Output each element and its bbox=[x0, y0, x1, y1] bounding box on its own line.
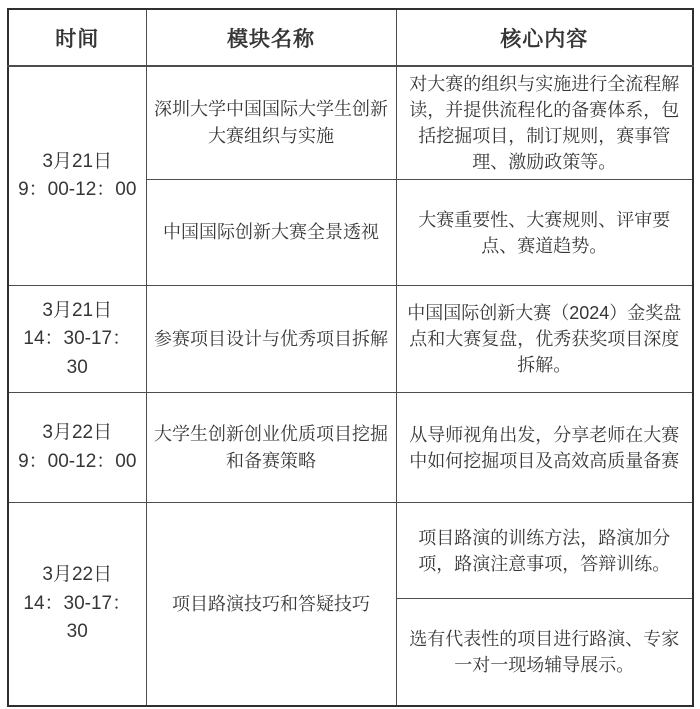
header-cell-content: 核心内容 bbox=[396, 9, 693, 66]
schedule-table: 时间 模块名称 核心内容 3月21日 9：00-12：00 深圳大学中国国际大学… bbox=[7, 8, 694, 707]
time-cell-group1: 3月21日 9：00-12：00 bbox=[8, 66, 146, 286]
table-row: 3月21日 14：30-17：30 参赛项目设计与优秀项目拆解 中国国际创新大赛… bbox=[8, 286, 693, 393]
time-range: 14：30-17：30 bbox=[15, 590, 140, 647]
module-cell: 参赛项目设计与优秀项目拆解 bbox=[146, 286, 396, 393]
content-cell: 中国国际创新大赛（2024）金奖盘点和大赛复盘，优秀获奖项目深度拆解。 bbox=[396, 286, 693, 393]
time-range: 9：00-12：00 bbox=[15, 176, 140, 205]
header-row: 时间 模块名称 核心内容 bbox=[8, 9, 693, 66]
table-row: 3月22日 9：00-12：00 大学生创新创业优质项目挖掘和备赛策略 从导师视… bbox=[8, 393, 693, 503]
header-cell-time: 时间 bbox=[8, 9, 146, 66]
time-cell-group2: 3月21日 14：30-17：30 bbox=[8, 286, 146, 393]
time-date: 3月22日 bbox=[15, 561, 140, 590]
time-range: 9：00-12：00 bbox=[15, 448, 140, 477]
content-cell: 对大赛的组织与实施进行全流程解读，并提供流程化的备赛体系，包括挖掘项目，制订规则… bbox=[396, 66, 693, 180]
header-cell-module: 模块名称 bbox=[146, 9, 396, 66]
page-canvas: 时间 模块名称 核心内容 3月21日 9：00-12：00 深圳大学中国国际大学… bbox=[0, 0, 700, 709]
module-cell: 项目路演技巧和答疑技巧 bbox=[146, 503, 396, 706]
time-date: 3月21日 bbox=[15, 297, 140, 326]
module-cell: 中国国际创新大赛全景透视 bbox=[146, 180, 396, 286]
content-cell: 选有代表性的项目进行路演、专家一对一现场辅导展示。 bbox=[396, 599, 693, 706]
table-row: 3月22日 14：30-17：30 项目路演技巧和答疑技巧 项目路演的训练方法，… bbox=[8, 503, 693, 599]
module-cell: 大学生创新创业优质项目挖掘和备赛策略 bbox=[146, 393, 396, 503]
content-cell: 从导师视角出发，分享老师在大赛中如何挖掘项目及高效高质量备赛 bbox=[396, 393, 693, 503]
content-cell: 项目路演的训练方法，路演加分项，路演注意事项，答辩训练。 bbox=[396, 503, 693, 599]
time-date: 3月21日 bbox=[15, 148, 140, 177]
time-range: 14：30-17：30 bbox=[15, 325, 140, 382]
content-cell: 大赛重要性、大赛规则、评审要点、赛道趋势。 bbox=[396, 180, 693, 286]
time-cell-group4: 3月22日 14：30-17：30 bbox=[8, 503, 146, 706]
module-cell: 深圳大学中国国际大学生创新大赛组织与实施 bbox=[146, 66, 396, 180]
time-date: 3月22日 bbox=[15, 419, 140, 448]
table-row: 3月21日 9：00-12：00 深圳大学中国国际大学生创新大赛组织与实施 对大… bbox=[8, 66, 693, 180]
time-cell-group3: 3月22日 9：00-12：00 bbox=[8, 393, 146, 503]
